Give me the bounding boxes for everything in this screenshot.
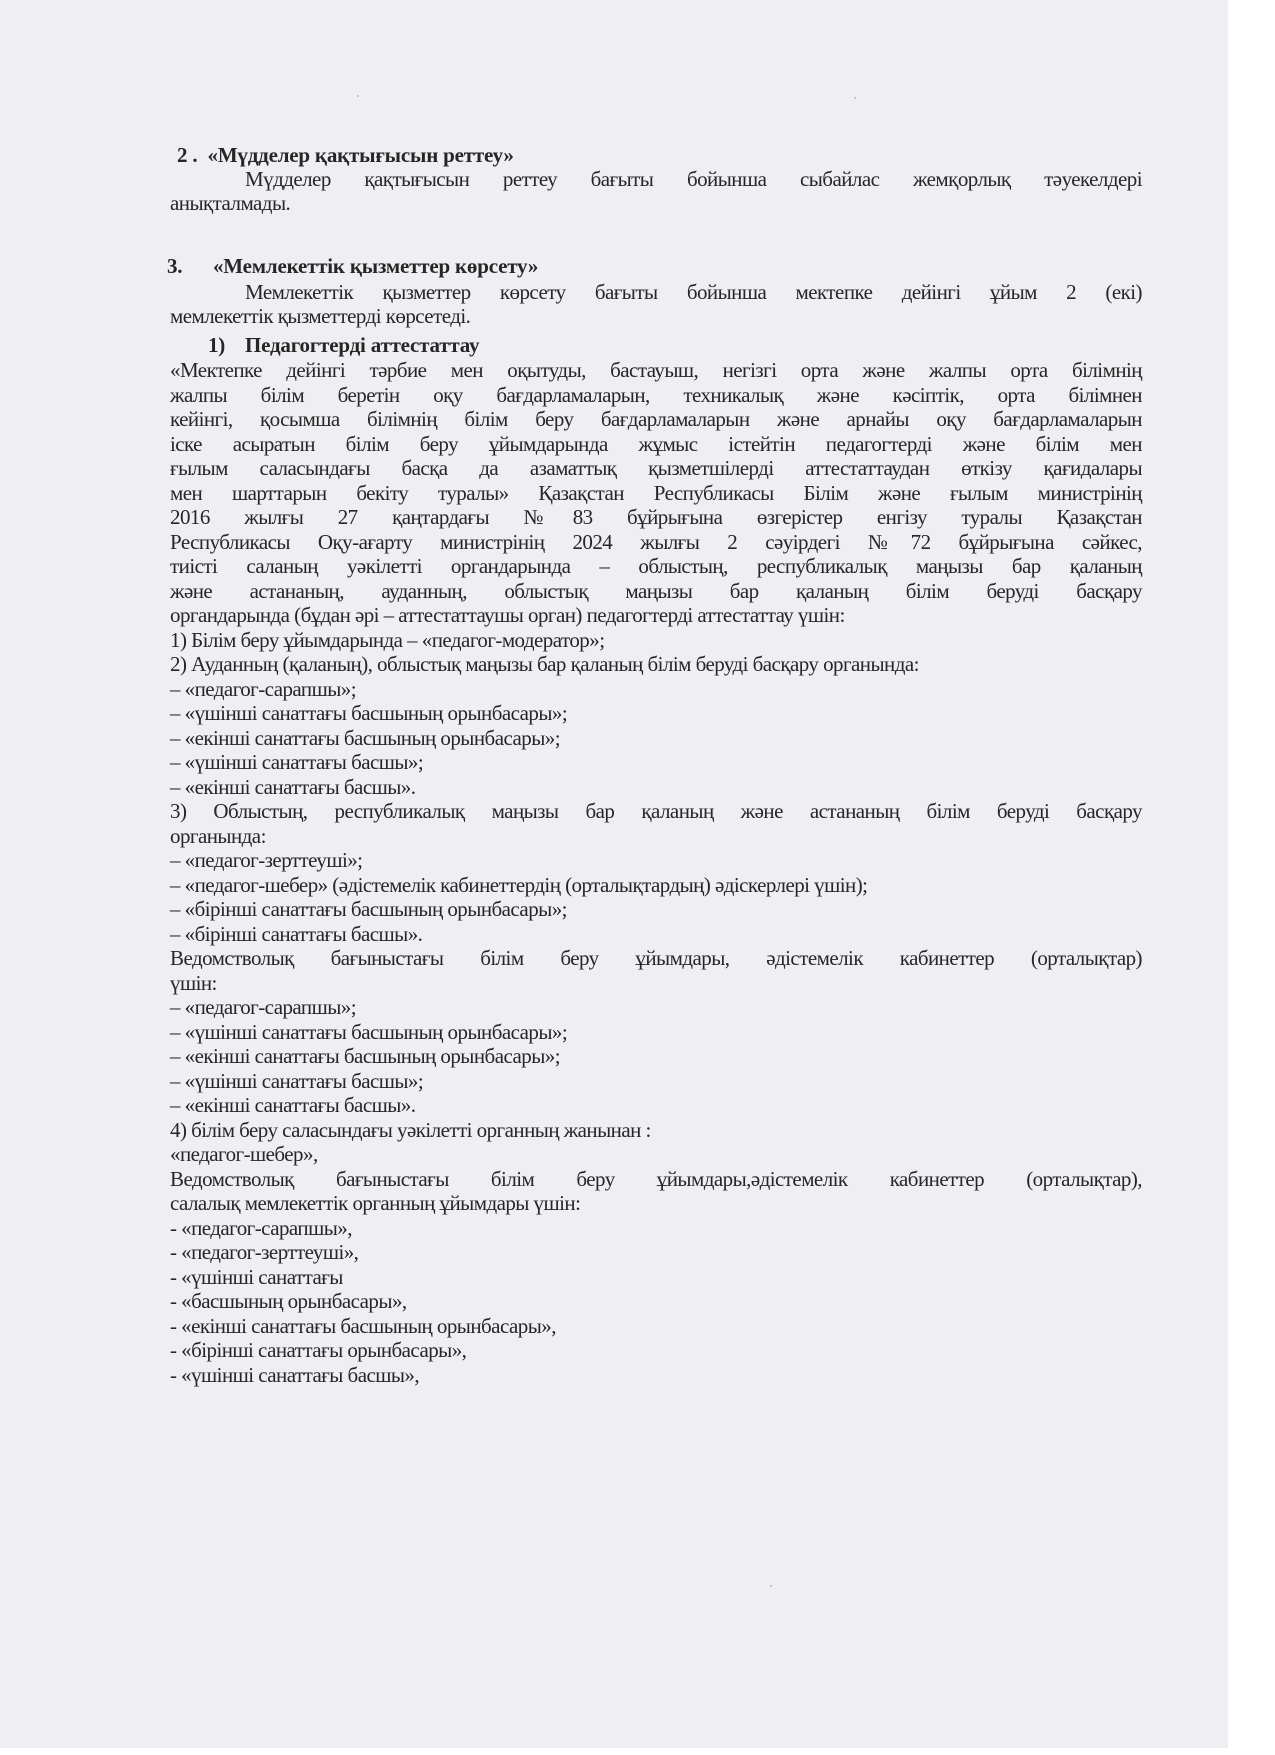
section-2-paragraph-line: Мүдделер қақтығысын реттеу бағыты бойынш… (170, 167, 1142, 191)
body-line: «педагог-шебер», (170, 1142, 1142, 1166)
body-line: тиісті саланың уәкілетті органдарында – … (170, 554, 1142, 578)
body-line: жалпы білім беретін оқу бағдарламаларын,… (170, 383, 1142, 407)
body-line: мен шарттарын бекіту туралы» Қазақстан Р… (170, 481, 1142, 505)
subsection-1-heading: 1)Педагогтерді аттестаттау (208, 333, 1180, 357)
body-line: органында: (170, 824, 1142, 848)
body-line: - «үшінші санаттағы (170, 1265, 1142, 1289)
body-line: – «екінші санаттағы басшының орынбасары»… (170, 1044, 1142, 1068)
section-3-paragraph-line: Мемлекеттік қызметтер көрсету бағыты бой… (170, 280, 1142, 304)
section-3-number: 3. (167, 254, 213, 278)
scan-speck (1032, 367, 1034, 369)
body-line: 3) Облыстың, республикалық маңызы бар қа… (170, 799, 1142, 823)
section-2-paragraph-line: анықталмады. (170, 191, 1142, 215)
body-line: ғылым саласындағы басқа да азаматтық қыз… (170, 456, 1142, 480)
body-line: - «үшінші санаттағы басшы», (170, 1363, 1142, 1387)
body-line: – «үшінші санаттағы басшының орынбасары»… (170, 701, 1142, 725)
body-line: – «педагог-сарапшы»; (170, 995, 1142, 1019)
body-line: салалық мемлекеттік органның ұйымдары үш… (170, 1191, 1142, 1215)
body-line: Республикасы Оқу-ағарту министрінің 2024… (170, 530, 1142, 554)
body-line: – «педагог-зерттеуші»; (170, 848, 1142, 872)
body-line: және астананың, ауданның, облыстық маңыз… (170, 579, 1142, 603)
section-3-title: «Мемлекеттік қызметтер көрсету» (213, 254, 538, 278)
body-line: – «педагог-сарапшы»; (170, 677, 1142, 701)
body-line: – «үшінші санаттағы басшы»; (170, 750, 1142, 774)
body-line: – «екінші санаттағы басшының орынбасары»… (170, 726, 1142, 750)
body-line: - «басшының орынбасары», (170, 1289, 1142, 1313)
section-2-number: 2 . (177, 143, 197, 167)
body-line: - «педагог-зерттеуші», (170, 1240, 1142, 1264)
body-line: Ведомстволық бағыныстағы білім беру ұйым… (170, 946, 1142, 970)
body-line: 1) Білім беру ұйымдарында – «педагог-мод… (170, 628, 1142, 652)
scan-speck (854, 97, 856, 99)
body-line: – «екінші санаттағы басшы». (170, 775, 1142, 799)
body-line: – «педагог-шебер» (әдістемелік кабинетте… (170, 873, 1142, 897)
scan-speck (770, 1585, 772, 1587)
subsection-1-title: Педагогтерді аттестаттау (245, 333, 479, 357)
body-line: 4) білім беру саласындағы уәкілетті орга… (170, 1118, 1142, 1142)
body-line: іске асыратын білім беру ұйымдарында жұм… (170, 432, 1142, 456)
body-line: кейінгі, қосымша білімнің білім беру бағ… (170, 407, 1142, 431)
body-line: «Мектепке дейінгі тәрбие мен оқытуды, ба… (170, 358, 1142, 382)
body-line: органдарында (бұдан әрі – аттестаттаушы … (170, 603, 1142, 627)
section-3-paragraph-line: мемлекеттік қызметтерді көрсетеді. (170, 304, 1142, 328)
body-line: үшін: (170, 971, 1142, 995)
body-line: - «бірінші санаттағы орынбасары», (170, 1338, 1142, 1362)
body-line: – «үшінші санаттағы басшының орынбасары»… (170, 1020, 1142, 1044)
section-2-heading: 2 . «Мүдделер қақтығысын реттеу» (177, 143, 1149, 167)
body-line: – «бірінші санаттағы басшы». (170, 922, 1142, 946)
body-line: – «үшінші санаттағы басшы»; (170, 1069, 1142, 1093)
body-line: – «екінші санаттағы басшы». (170, 1093, 1142, 1117)
subsection-1-number: 1) (208, 333, 245, 357)
section-3-heading: 3.«Мемлекеттік қызметтер көрсету» (167, 254, 1139, 278)
body-line: - «педагог-сарапшы», (170, 1216, 1142, 1240)
body-line: 2) Ауданның (қаланың), облыстық маңызы б… (170, 652, 1142, 676)
section-2-title: «Мүдделер қақтығысын реттеу» (208, 143, 514, 167)
body-line: 2016 жылғы 27 қаңтардағы №83 бұйрығына ө… (170, 505, 1142, 529)
body-line: – «бірінші санаттағы басшының орынбасары… (170, 897, 1142, 921)
scan-speck (357, 95, 359, 97)
body-line: - «екінші санаттағы басшының орынбасары»… (170, 1314, 1142, 1338)
scanned-page: 2 . «Мүдделер қақтығысын реттеу» Мүдделе… (0, 0, 1228, 1748)
body-line: Ведомстволық бағыныстағы білім беру ұйым… (170, 1167, 1142, 1191)
